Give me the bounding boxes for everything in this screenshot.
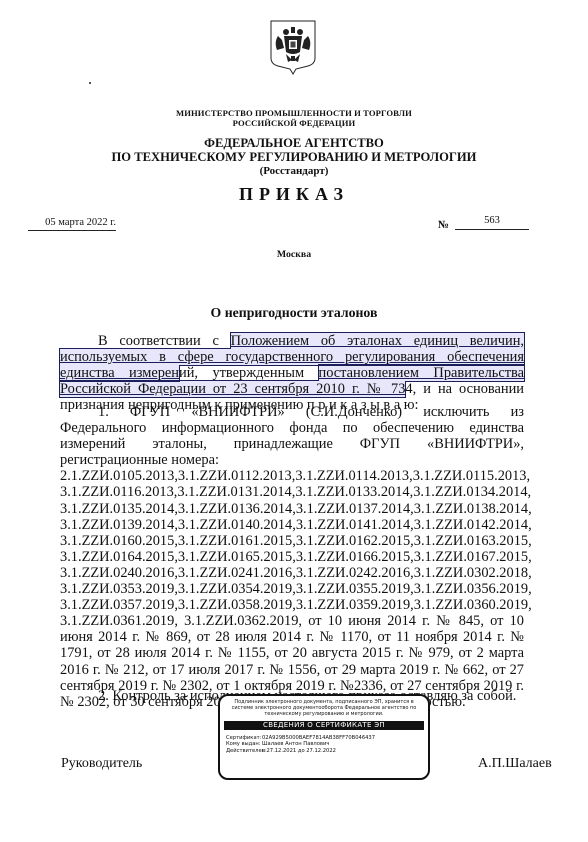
- order-number: 563: [455, 215, 529, 230]
- ministry-line-2: РОССИЙСКОЙ ФЕДЕРАЦИИ: [0, 118, 588, 128]
- registration-number: 3.1.ZZИ.0241.2016,: [178, 565, 296, 581]
- agency-short-name: (Росстандарт): [0, 164, 588, 178]
- preamble: В соответствии с Положением об эталонах …: [60, 333, 524, 413]
- registration-number: 3.1.ZZИ.0116.2013,: [60, 484, 177, 500]
- registration-numbers-list: 2.1.ZZИ.0105.2013,3.1.ZZИ.0112.2013,3.1.…: [60, 468, 524, 613]
- registration-row: 3.1.ZZИ.0164.2015,3.1.ZZИ.0165.2015,3.1.…: [60, 549, 524, 565]
- registration-number: 3.1.ZZИ.0161.2015,: [178, 533, 296, 549]
- registration-row: 3.1.ZZИ.0357.2019,3.1.ZZИ.0358.2019,3.1.…: [60, 597, 524, 613]
- registration-number: 3.1.ZZИ.0133.2014,: [295, 484, 413, 500]
- registration-row: 3.1.ZZИ.0139.2014,3.1.ZZИ.0140.2014,3.1.…: [60, 517, 524, 533]
- document-title: О непригодности эталонов: [0, 305, 588, 321]
- registration-number: 3.1.ZZИ.0138.2014,: [414, 501, 532, 517]
- registration-number: 3.1.ZZИ.0115.2013,: [413, 468, 530, 484]
- signatory-name: А.П.Шалаев: [478, 756, 552, 772]
- electronic-signature-stamp: Подлинник электронного документа, подпис…: [218, 694, 430, 780]
- registration-number: 3.1.ZZИ.0160.2015,: [60, 533, 178, 549]
- registration-number: 3.1.ZZИ.0142.2014,: [414, 517, 532, 533]
- stamp-certificate-row: Сертификат:02A929B5000BAEF7814AB38FF70B0…: [226, 735, 428, 742]
- signatory-role: Руководитель: [61, 756, 142, 772]
- certificate-label: Сертификат:: [226, 735, 262, 742]
- stamp-details: Сертификат:02A929B5000BAEF7814AB38FF70B0…: [226, 735, 428, 755]
- stamp-header: Подлинник электронного документа, подпис…: [220, 699, 428, 718]
- registration-number: 3.1.ZZИ.0165.2015,: [178, 549, 296, 565]
- stamp-issued-row: Кому выдан:Шалаев Антон Павлович: [226, 741, 428, 748]
- issued-to-label: Кому выдан:: [226, 741, 262, 748]
- preamble-text: В соответствии с: [98, 333, 231, 349]
- agency-line-1: ФЕДЕРАЛЬНОЕ АГЕНТСТВО: [0, 136, 588, 150]
- document-type: ПРИКАЗ: [0, 184, 588, 205]
- registration-row: 3.1.ZZИ.0353.2019,3.1.ZZИ.0354.2019,3.1.…: [60, 581, 524, 597]
- registration-number: 3.1.ZZИ.0141.2014,: [296, 517, 414, 533]
- registration-number: 3.1.ZZИ.0164.2015,: [60, 549, 178, 565]
- registration-number: 3.1.ZZИ.0162.2015,: [296, 533, 414, 549]
- certificate-value: 02A929B5000BAEF7814AB38FF70B046437: [262, 735, 375, 741]
- order-number-label: №: [438, 219, 449, 231]
- registration-number: 3.1.ZZИ.0139.2014,: [60, 517, 178, 533]
- registration-row: 3.1.ZZИ.0240.2016,3.1.ZZИ.0241.2016,3.1.…: [60, 565, 524, 581]
- registration-number: 3.1.ZZИ.0136.2014,: [178, 501, 296, 517]
- registration-number: 3.1.ZZИ.0354.2019,: [178, 581, 296, 597]
- stamp-certificate-bar: СВЕДЕНИЯ О СЕРТИФИКАТЕ ЭП: [224, 721, 424, 730]
- registration-number: 3.1.ZZИ.0137.2014,: [296, 501, 414, 517]
- valid-label: Действителен:: [226, 748, 262, 755]
- registration-number: 3.1.ZZИ.0166.2015,: [296, 549, 414, 565]
- registration-number: 3.1.ZZИ.0360.2019,: [414, 597, 532, 613]
- agency-name: ФЕДЕРАЛЬНОЕ АГЕНТСТВО ПО ТЕХНИЧЕСКОМУ РЕ…: [0, 136, 588, 178]
- issued-to-value: Шалаев Антон Павлович: [262, 741, 329, 747]
- registration-row: 3.1.ZZИ.0160.2015,3.1.ZZИ.0161.2015,3.1.…: [60, 533, 524, 549]
- registration-number: 3.1.ZZИ.0358.2019,: [178, 597, 296, 613]
- scan-artifact: [89, 82, 91, 84]
- registration-number: 3.1.ZZИ.0134.2014,: [413, 484, 531, 500]
- item-1-intro: 1. ФГУП «ВНИИФТРИ» (С.И.Донченко) исключ…: [60, 404, 524, 468]
- russian-coat-of-arms-icon: [268, 18, 318, 76]
- city: Москва: [0, 249, 588, 260]
- registration-number: 3.1.ZZИ.0353.2019,: [60, 581, 178, 597]
- registration-number: 3.1.ZZИ.0112.2013,: [178, 468, 295, 484]
- registration-row: 3.1.ZZИ.0116.2013,3.1.ZZИ.0131.2014,3.1.…: [60, 484, 524, 500]
- registration-number: 3.1.ZZИ.0140.2014,: [178, 517, 296, 533]
- ministry-line-1: МИНИСТЕРСТВО ПРОМЫШЛЕННОСТИ И ТОРГОВЛИ: [0, 108, 588, 118]
- registration-number: 3.1.ZZИ.0355.2019,: [296, 581, 414, 597]
- order-date: 05 марта 2022 г.: [28, 217, 116, 231]
- registration-number: 3.1.ZZИ.0240.2016,: [60, 565, 178, 581]
- registration-number: 3.1.ZZИ.0242.2016,: [296, 565, 414, 581]
- registration-number: 3.1.ZZИ.0114.2013,: [295, 468, 412, 484]
- registration-row: 2.1.ZZИ.0105.2013,3.1.ZZИ.0112.2013,3.1.…: [60, 468, 524, 484]
- registration-number: 2.1.ZZИ.0105.2013,: [60, 468, 178, 484]
- registration-number: 3.1.ZZИ.0131.2014,: [177, 484, 295, 500]
- ministry-name: МИНИСТЕРСТВО ПРОМЫШЛЕННОСТИ И ТОРГОВЛИ Р…: [0, 108, 588, 128]
- registration-number: 3.1.ZZИ.0135.2014,: [60, 501, 178, 517]
- registration-number: 3.1.ZZИ.0163.2015,: [414, 533, 532, 549]
- registration-number: 3.1.ZZИ.0357.2019,: [60, 597, 178, 613]
- preamble-text: ий, утвержденным: [179, 365, 319, 381]
- item-1: 1. ФГУП «ВНИИФТРИ» (С.И.Донченко) исключ…: [60, 404, 524, 710]
- registration-number: 3.1.ZZИ.0356.2019,: [414, 581, 532, 597]
- registration-number: 3.1.ZZИ.0167.2015,: [414, 549, 532, 565]
- registration-row: 3.1.ZZИ.0135.2014,3.1.ZZИ.0136.2014,3.1.…: [60, 501, 524, 517]
- stamp-valid-row: Действителен:с 27.12.2021 до 27.12.2022: [226, 748, 428, 755]
- agency-line-2: ПО ТЕХНИЧЕСКОМУ РЕГУЛИРОВАНИЮ И МЕТРОЛОГ…: [0, 150, 588, 164]
- registration-number: 3.1.ZZИ.0359.2019,: [296, 597, 414, 613]
- registration-number: 3.1.ZZИ.0302.2018,: [414, 565, 532, 581]
- valid-value: с 27.12.2021 до 27.12.2022: [262, 748, 336, 754]
